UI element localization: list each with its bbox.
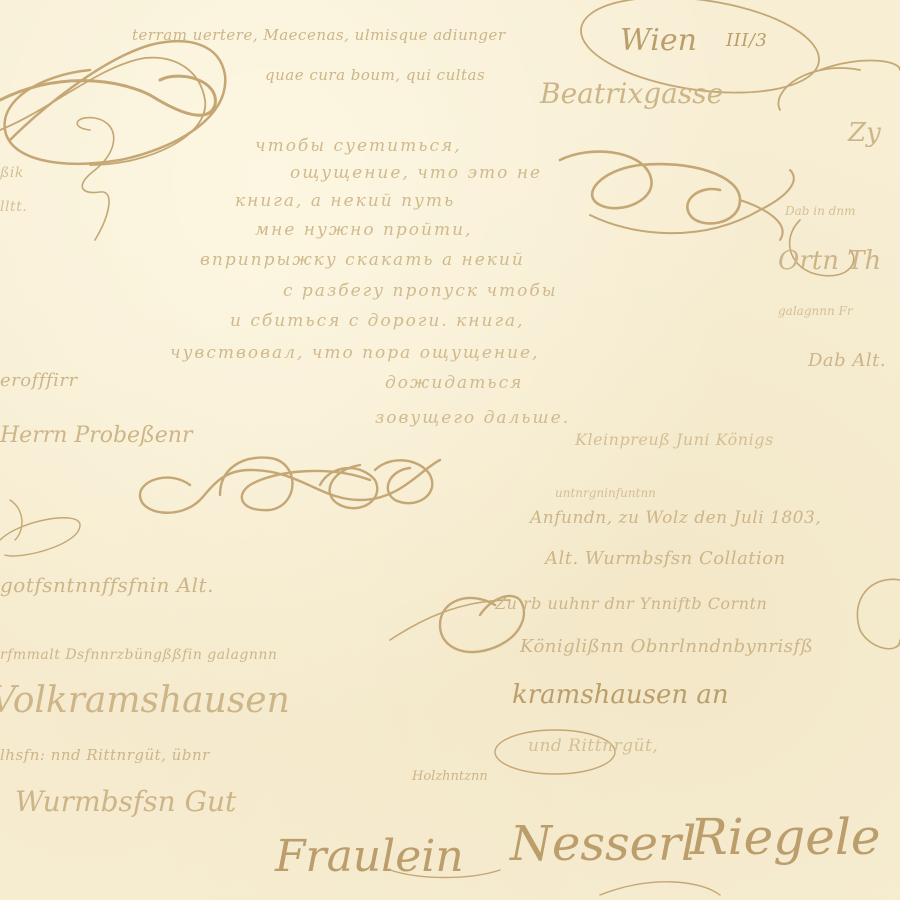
russian-line-7: и сбиться с дороги. книга, <box>230 313 525 330</box>
right-line-4: Alt. Wurmbsfsn Collation <box>545 550 786 568</box>
flourish-top-left <box>0 41 225 240</box>
far-right-fragment-1: Zy <box>848 120 881 146</box>
far-right-fragment-4: galagnnn Fr <box>778 305 853 317</box>
right-line-2: untnrgninfuntnn <box>555 487 656 499</box>
left-line-4: rfmmalt Dsfnnrzbüngßßfin galagnnn <box>0 648 277 662</box>
left-line-5: lhsfn: nnd Rittnrgüt, übnr <box>0 748 210 763</box>
russian-line-3: книга, а некий путь <box>235 193 455 210</box>
calligraphy-flourishes <box>0 0 900 900</box>
left-name-2: Wurmbsfsn Gut <box>15 788 236 816</box>
left-word-1: erofffirr <box>0 372 78 390</box>
left-fragment-1: ßik <box>0 166 24 180</box>
heading-city: Wien <box>620 26 697 56</box>
right-name-1: kramshausen an <box>512 682 729 708</box>
russian-line-9: дожидаться <box>385 375 523 392</box>
far-right-fragment-3: Ortn Th <box>778 248 881 274</box>
russian-line-6: с разбегу пропуск чтобы <box>283 283 558 300</box>
left-fragment-2: lltt. <box>0 200 27 214</box>
signature-word-3: Riegele <box>690 812 880 862</box>
left-line-3: gotfsntnnffsfnin Alt. <box>0 575 214 595</box>
right-line-6: Königlißnn Obnrlnndnbynrisfß <box>520 638 813 656</box>
far-right-fragment-5: Dab Alt. <box>808 352 886 370</box>
heading-street: Beatrixgasse <box>540 80 723 108</box>
russian-line-1: чтобы суетиться, <box>255 138 462 155</box>
right-line-7: und Rittnrgüt, <box>528 738 658 755</box>
flourish-mid-right <box>560 152 794 240</box>
left-word-2: Herrn Probeßenr <box>0 425 192 447</box>
flourish-center-scroll <box>140 458 440 513</box>
russian-line-2: ощущение, что это не <box>290 165 542 182</box>
russian-line-4: мне нужно пройти, <box>255 222 472 239</box>
script-wallpaper: terram uertere, Maecenas, ulmisque adiun… <box>0 0 900 900</box>
left-name-1: Volkramshausen <box>0 683 290 719</box>
right-line-8: Holzhntznn <box>412 770 488 783</box>
right-line-1: Kleinpreuß Juni Königs <box>575 432 774 448</box>
russian-line-5: вприпрыжку скакать а некий <box>200 252 525 269</box>
russian-line-8: чувствовал, что пора ощущение, <box>170 345 540 362</box>
flourish-right-edge <box>790 220 900 649</box>
signature-word-1: Fraulein <box>275 835 464 879</box>
latin-line-2: quae cura boum, qui cultas <box>265 68 485 83</box>
latin-line-1: terram uertere, Maecenas, ulmisque adiun… <box>132 28 506 43</box>
flourish-lower-left <box>0 500 80 556</box>
heading-fraction: III/3 <box>726 32 767 50</box>
right-line-5: Zu rb uuhnr dnr Ynniftb Corntn <box>495 596 767 612</box>
signature-word-2: Nesserl <box>510 820 696 868</box>
russian-line-10: зовущего дальше. <box>375 410 570 427</box>
far-right-fragment-2: Dab in dnm <box>785 205 855 217</box>
right-line-3: Anfundn, zu Wolz den Juli 1803, <box>530 510 821 527</box>
